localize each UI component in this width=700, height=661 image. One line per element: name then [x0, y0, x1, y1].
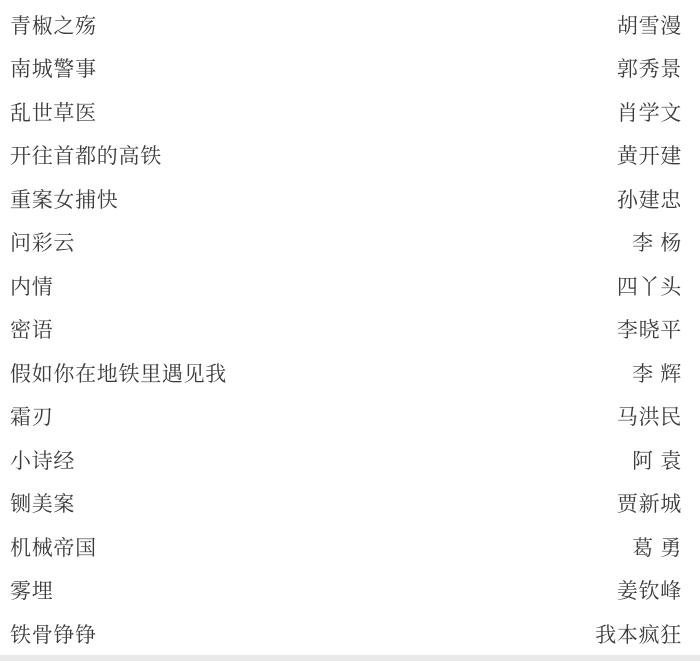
list-row: 重案女捕快 孙建忠	[10, 177, 682, 221]
list-row: 小诗经 阿 袁	[10, 438, 682, 482]
list-row: 铡美案 贾新城	[10, 482, 682, 526]
author-name: 孙建忠	[617, 184, 682, 214]
title-author-list: 青椒之殇 胡雪漫 南城警事 郭秀景 乱世草医 肖学文 开往首都的高铁 黄开建 重…	[10, 3, 682, 656]
work-title: 密语	[10, 314, 53, 344]
list-row: 铁骨铮铮 我本疯狂	[10, 612, 682, 656]
work-title: 乱世草医	[10, 97, 97, 127]
work-title: 铡美案	[10, 488, 75, 518]
work-title: 霜刃	[10, 401, 53, 431]
author-name: 我本疯狂	[595, 619, 682, 649]
list-row: 雾埋 姜钦峰	[10, 569, 682, 613]
list-row: 问彩云 李 杨	[10, 221, 682, 265]
list-row: 霜刃 马洪民	[10, 395, 682, 439]
work-title: 机械帝国	[10, 532, 97, 562]
author-name: 郭秀景	[617, 53, 682, 83]
author-name: 李 杨	[632, 227, 682, 257]
author-name: 黄开建	[617, 140, 682, 170]
work-title: 内情	[10, 271, 53, 301]
author-name: 阿 袁	[632, 445, 682, 475]
list-row: 假如你在地铁里遇见我 李 辉	[10, 351, 682, 395]
author-name: 肖学文	[617, 97, 682, 127]
work-title: 问彩云	[10, 227, 75, 257]
work-title: 假如你在地铁里遇见我	[10, 358, 227, 388]
author-name: 李 辉	[632, 358, 682, 388]
author-name: 葛 勇	[632, 532, 682, 562]
author-name: 胡雪漫	[617, 10, 682, 40]
list-row: 机械帝国 葛 勇	[10, 525, 682, 569]
work-title: 小诗经	[10, 445, 75, 475]
list-row: 开往首都的高铁 黄开建	[10, 134, 682, 178]
list-row: 内情 四丫头	[10, 264, 682, 308]
author-name: 李晓平	[617, 314, 682, 344]
bottom-edge-divider	[0, 655, 700, 661]
work-title: 铁骨铮铮	[10, 619, 97, 649]
author-name: 姜钦峰	[617, 575, 682, 605]
work-title: 重案女捕快	[10, 184, 119, 214]
author-name: 贾新城	[617, 488, 682, 518]
list-row: 乱世草医 肖学文	[10, 90, 682, 134]
list-row: 密语 李晓平	[10, 308, 682, 352]
author-name: 四丫头	[617, 271, 682, 301]
list-row: 青椒之殇 胡雪漫	[10, 3, 682, 47]
list-row: 南城警事 郭秀景	[10, 47, 682, 91]
work-title: 青椒之殇	[10, 10, 97, 40]
work-title: 开往首都的高铁	[10, 140, 162, 170]
work-title: 南城警事	[10, 53, 97, 83]
work-title: 雾埋	[10, 575, 53, 605]
author-name: 马洪民	[617, 401, 682, 431]
